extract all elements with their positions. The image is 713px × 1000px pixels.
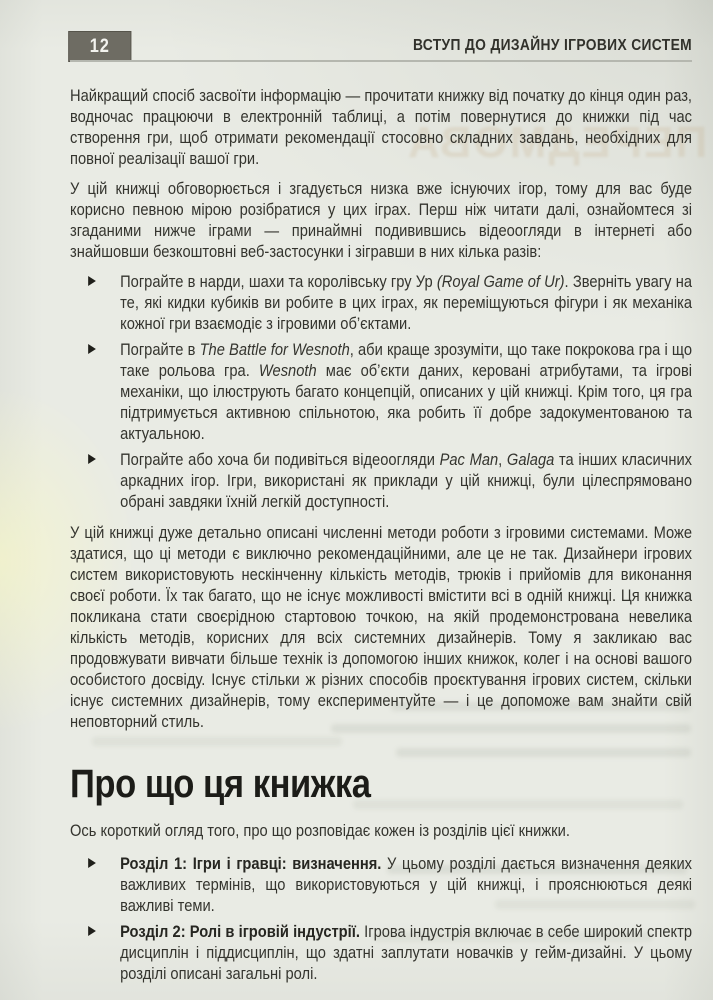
games-list-item-text: Пограйте в The Battle for Wesnoth, аби к… [120, 340, 692, 443]
book-page: ПЕРЕДМОВА 12 ВСТУП ДО ДИЗАЙНУ ІГРОВИХ СИ… [0, 0, 713, 1000]
games-list: Пограйте в нарди, шахи та королівську гр… [70, 271, 692, 512]
chapter-list-item-text: Розділ 2: Ролі в ігровій індустрії. Ігро… [120, 922, 692, 983]
bullet-triangle-icon [88, 926, 96, 936]
methods-paragraph: У цій книжці дуже детально описані числе… [70, 522, 692, 732]
bullet-triangle-icon [88, 454, 96, 464]
section-lead: Ось короткий огляд того, про що розповід… [70, 820, 692, 841]
bullet-triangle-icon [88, 276, 96, 286]
section-heading: Про що ця книжка [70, 762, 692, 806]
bullet-triangle-icon [88, 858, 96, 868]
bullet-triangle-icon [88, 344, 96, 354]
chapters-list: Розділ 1: Ігри і гравці: визначення. У ц… [70, 853, 692, 984]
header-rule [70, 60, 692, 62]
games-list-item: Пограйте або хоча би подивіться відеоогл… [70, 449, 692, 512]
games-list-item-text: Пограйте або хоча би подивіться відеоогл… [120, 450, 692, 511]
games-list-item: Пограйте в The Battle for Wesnoth, аби к… [70, 339, 692, 444]
page-header: 12 ВСТУП ДО ДИЗАЙНУ ІГРОВИХ СИСТЕМ [70, 30, 692, 62]
page-content: 12 ВСТУП ДО ДИЗАЙНУ ІГРОВИХ СИСТЕМ Найкр… [70, 30, 692, 994]
chapter-list-item-text: Розділ 1: Ігри і гравці: визначення. У ц… [120, 854, 692, 915]
games-list-item: Пограйте в нарди, шахи та королівську гр… [70, 271, 692, 334]
page-number: 12 [90, 36, 110, 58]
intro-paragraph-2: У цій книжці обговорюється і згадується … [70, 178, 692, 262]
chapter-list-item: Розділ 2: Ролі в ігровій індустрії. Ігро… [70, 921, 692, 984]
page-number-badge: 12 [68, 31, 131, 62]
games-list-item-text: Пограйте в нарди, шахи та королівську гр… [120, 272, 692, 333]
intro-paragraph-1: Найкращий спосіб засвоїти інформацію — п… [70, 85, 692, 169]
chapter-list-item: Розділ 1: Ігри і гравці: визначення. У ц… [70, 853, 692, 916]
running-title: ВСТУП ДО ДИЗАЙНУ ІГРОВИХ СИСТЕМ [413, 37, 692, 55]
